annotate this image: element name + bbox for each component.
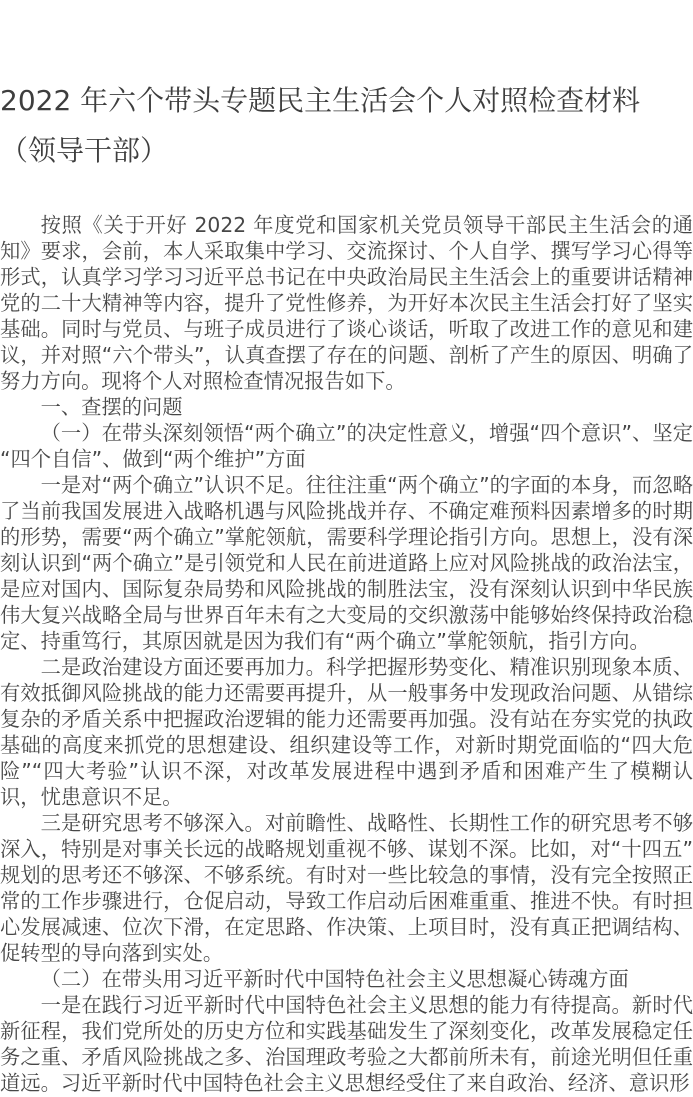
sub-heading-ningxin-zhuhun: （二）在带头用习近平新时代中国特色社会主义思想凝心铸魂方面 xyxy=(0,966,693,992)
document-page: 2022 年六个带头专题民主生活会个人对照检查材料（领导干部） 按照《关于开好 … xyxy=(0,0,693,1097)
paragraph-point-one: 一是对“两个确立”认识不足。往往注重“两个确立”的字面的本身，而忽略了当前我国发… xyxy=(0,472,693,654)
document-body: 按照《关于开好 2022 年度党和国家机关党员领导干部民主生活会的通知》要求，会… xyxy=(0,212,693,1096)
paragraph-point-three: 三是研究思考不够深入。对前瞻性、战略性、长期性工作的研究思考不够深入，特别是对事… xyxy=(0,810,693,966)
paragraph-practice-ability: 一是在践行习近平新时代中国特色社会主义思想的能力有待提高。新时代新征程，我们党所… xyxy=(0,992,693,1096)
paragraph-intro: 按照《关于开好 2022 年度党和国家机关党员领导干部民主生活会的通知》要求，会… xyxy=(0,212,693,394)
paragraph-point-two: 二是政治建设方面还要再加力。科学把握形势变化、精准识别现象本质、有效抵御风险挑战… xyxy=(0,654,693,810)
sub-heading-two-establishes: （一）在带头深刻领悟“两个确立”的决定性意义，增强“四个意识”、坚定“四个自信”… xyxy=(0,420,693,472)
document-title: 2022 年六个带头专题民主生活会个人对照检查材料（领导干部） xyxy=(0,76,693,176)
section-heading-problems: 一、查摆的问题 xyxy=(0,394,693,420)
